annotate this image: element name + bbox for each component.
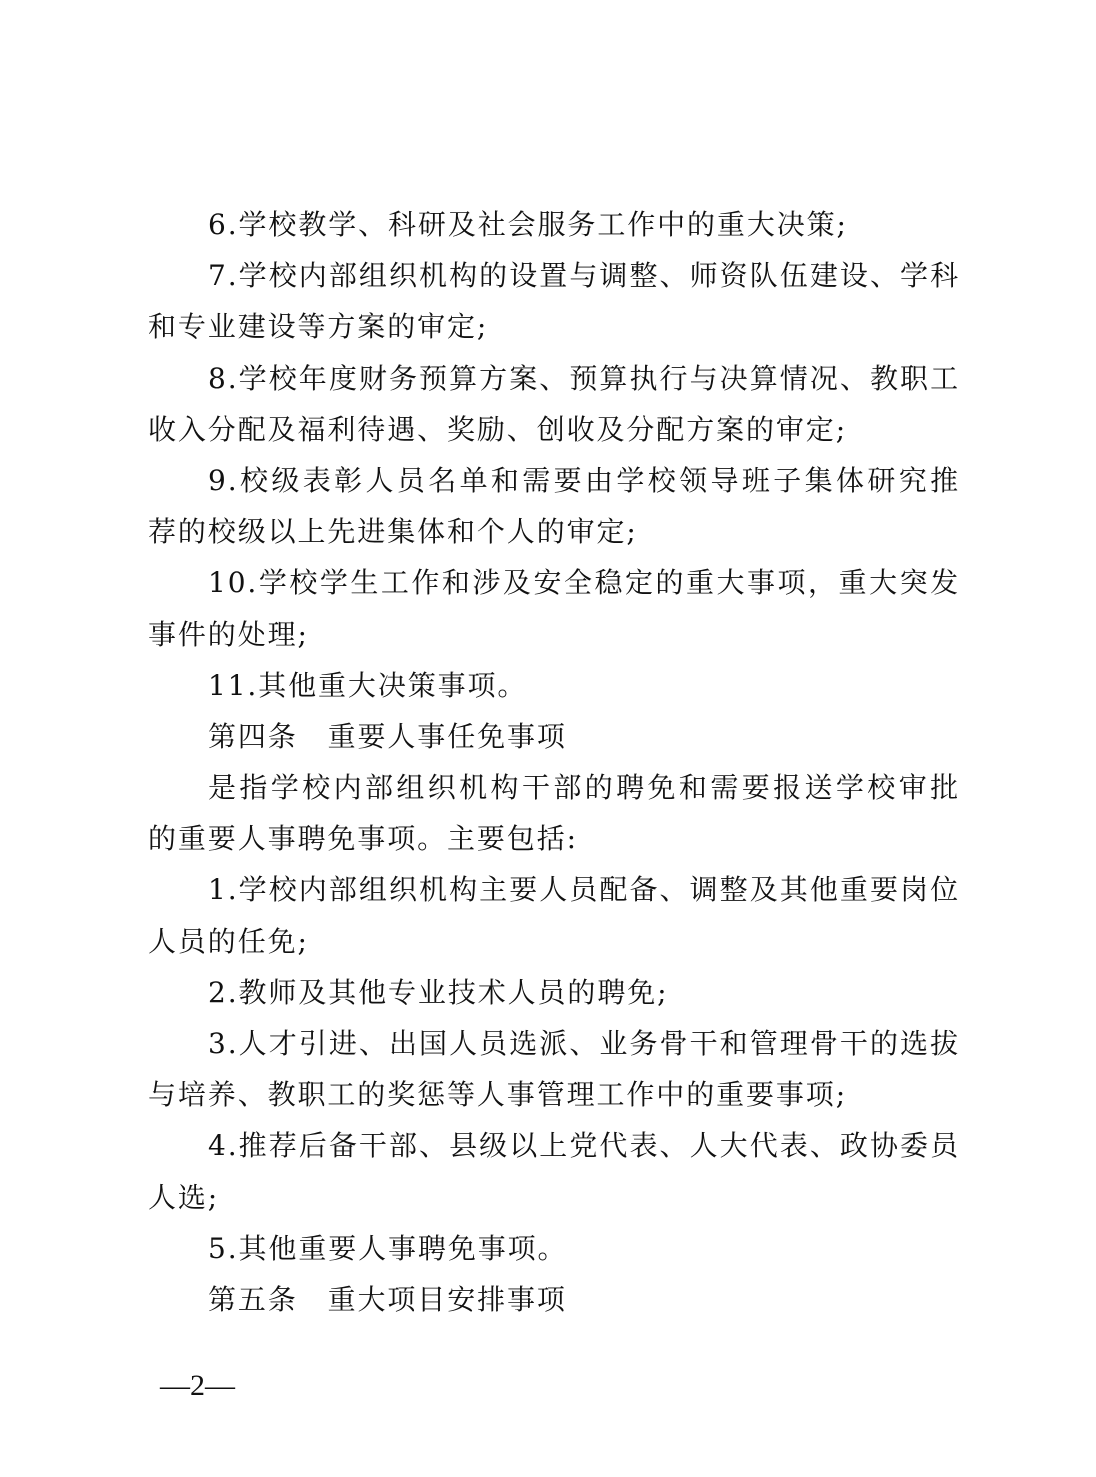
list-item-7-line-2: 和专业建设等方案的审定; bbox=[148, 301, 960, 352]
list-item-11: 11.其他重大决策事项。 bbox=[148, 660, 960, 711]
article-4-item-4-line-1: 4.推荐后备干部、县级以上党代表、人大代表、政协委员 bbox=[148, 1120, 960, 1171]
article-4-item-2: 2.教师及其他专业技术人员的聘免; bbox=[148, 967, 960, 1018]
list-item-6: 6.学校教学、科研及社会服务工作中的重大决策; bbox=[148, 199, 960, 250]
article-4-item-4-line-2: 人选; bbox=[148, 1172, 960, 1223]
list-item-7-line-1: 7.学校内部组织机构的设置与调整、师资队伍建设、学科 bbox=[148, 250, 960, 301]
article-4-item-1-line-1: 1.学校内部组织机构主要人员配备、调整及其他重要岗位 bbox=[148, 864, 960, 915]
article-4-intro-line-1: 是指学校内部组织机构干部的聘免和需要报送学校审批 bbox=[148, 762, 960, 813]
article-4-item-5: 5.其他重要人事聘免事项。 bbox=[148, 1223, 960, 1274]
page-number: —2— bbox=[160, 1368, 235, 1404]
list-item-10-line-2: 事件的处理; bbox=[148, 609, 960, 660]
document-body: 6.学校教学、科研及社会服务工作中的重大决策; 7.学校内部组织机构的设置与调整… bbox=[148, 199, 960, 1325]
document-page: 6.学校教学、科研及社会服务工作中的重大决策; 7.学校内部组织机构的设置与调整… bbox=[0, 0, 1096, 1477]
list-item-10-line-1: 10.学校学生工作和涉及安全稳定的重大事项，重大突发 bbox=[148, 557, 960, 608]
article-5-heading: 第五条 重大项目安排事项 bbox=[148, 1274, 960, 1325]
list-item-9-line-1: 9.校级表彰人员名单和需要由学校领导班子集体研究推 bbox=[148, 455, 960, 506]
list-item-9-line-2: 荐的校级以上先进集体和个人的审定; bbox=[148, 506, 960, 557]
list-item-8-line-2: 收入分配及福利待遇、奖励、创收及分配方案的审定; bbox=[148, 404, 960, 455]
article-4-intro-line-2: 的重要人事聘免事项。主要包括: bbox=[148, 813, 960, 864]
article-4-item-1-line-2: 人员的任免; bbox=[148, 916, 960, 967]
article-4-heading: 第四条 重要人事任免事项 bbox=[148, 711, 960, 762]
article-4-item-3-line-2: 与培养、教职工的奖惩等人事管理工作中的重要事项; bbox=[148, 1069, 960, 1120]
article-4-item-3-line-1: 3.人才引进、出国人员选派、业务骨干和管理骨干的选拔 bbox=[148, 1018, 960, 1069]
list-item-8-line-1: 8.学校年度财务预算方案、预算执行与决算情况、教职工 bbox=[148, 353, 960, 404]
